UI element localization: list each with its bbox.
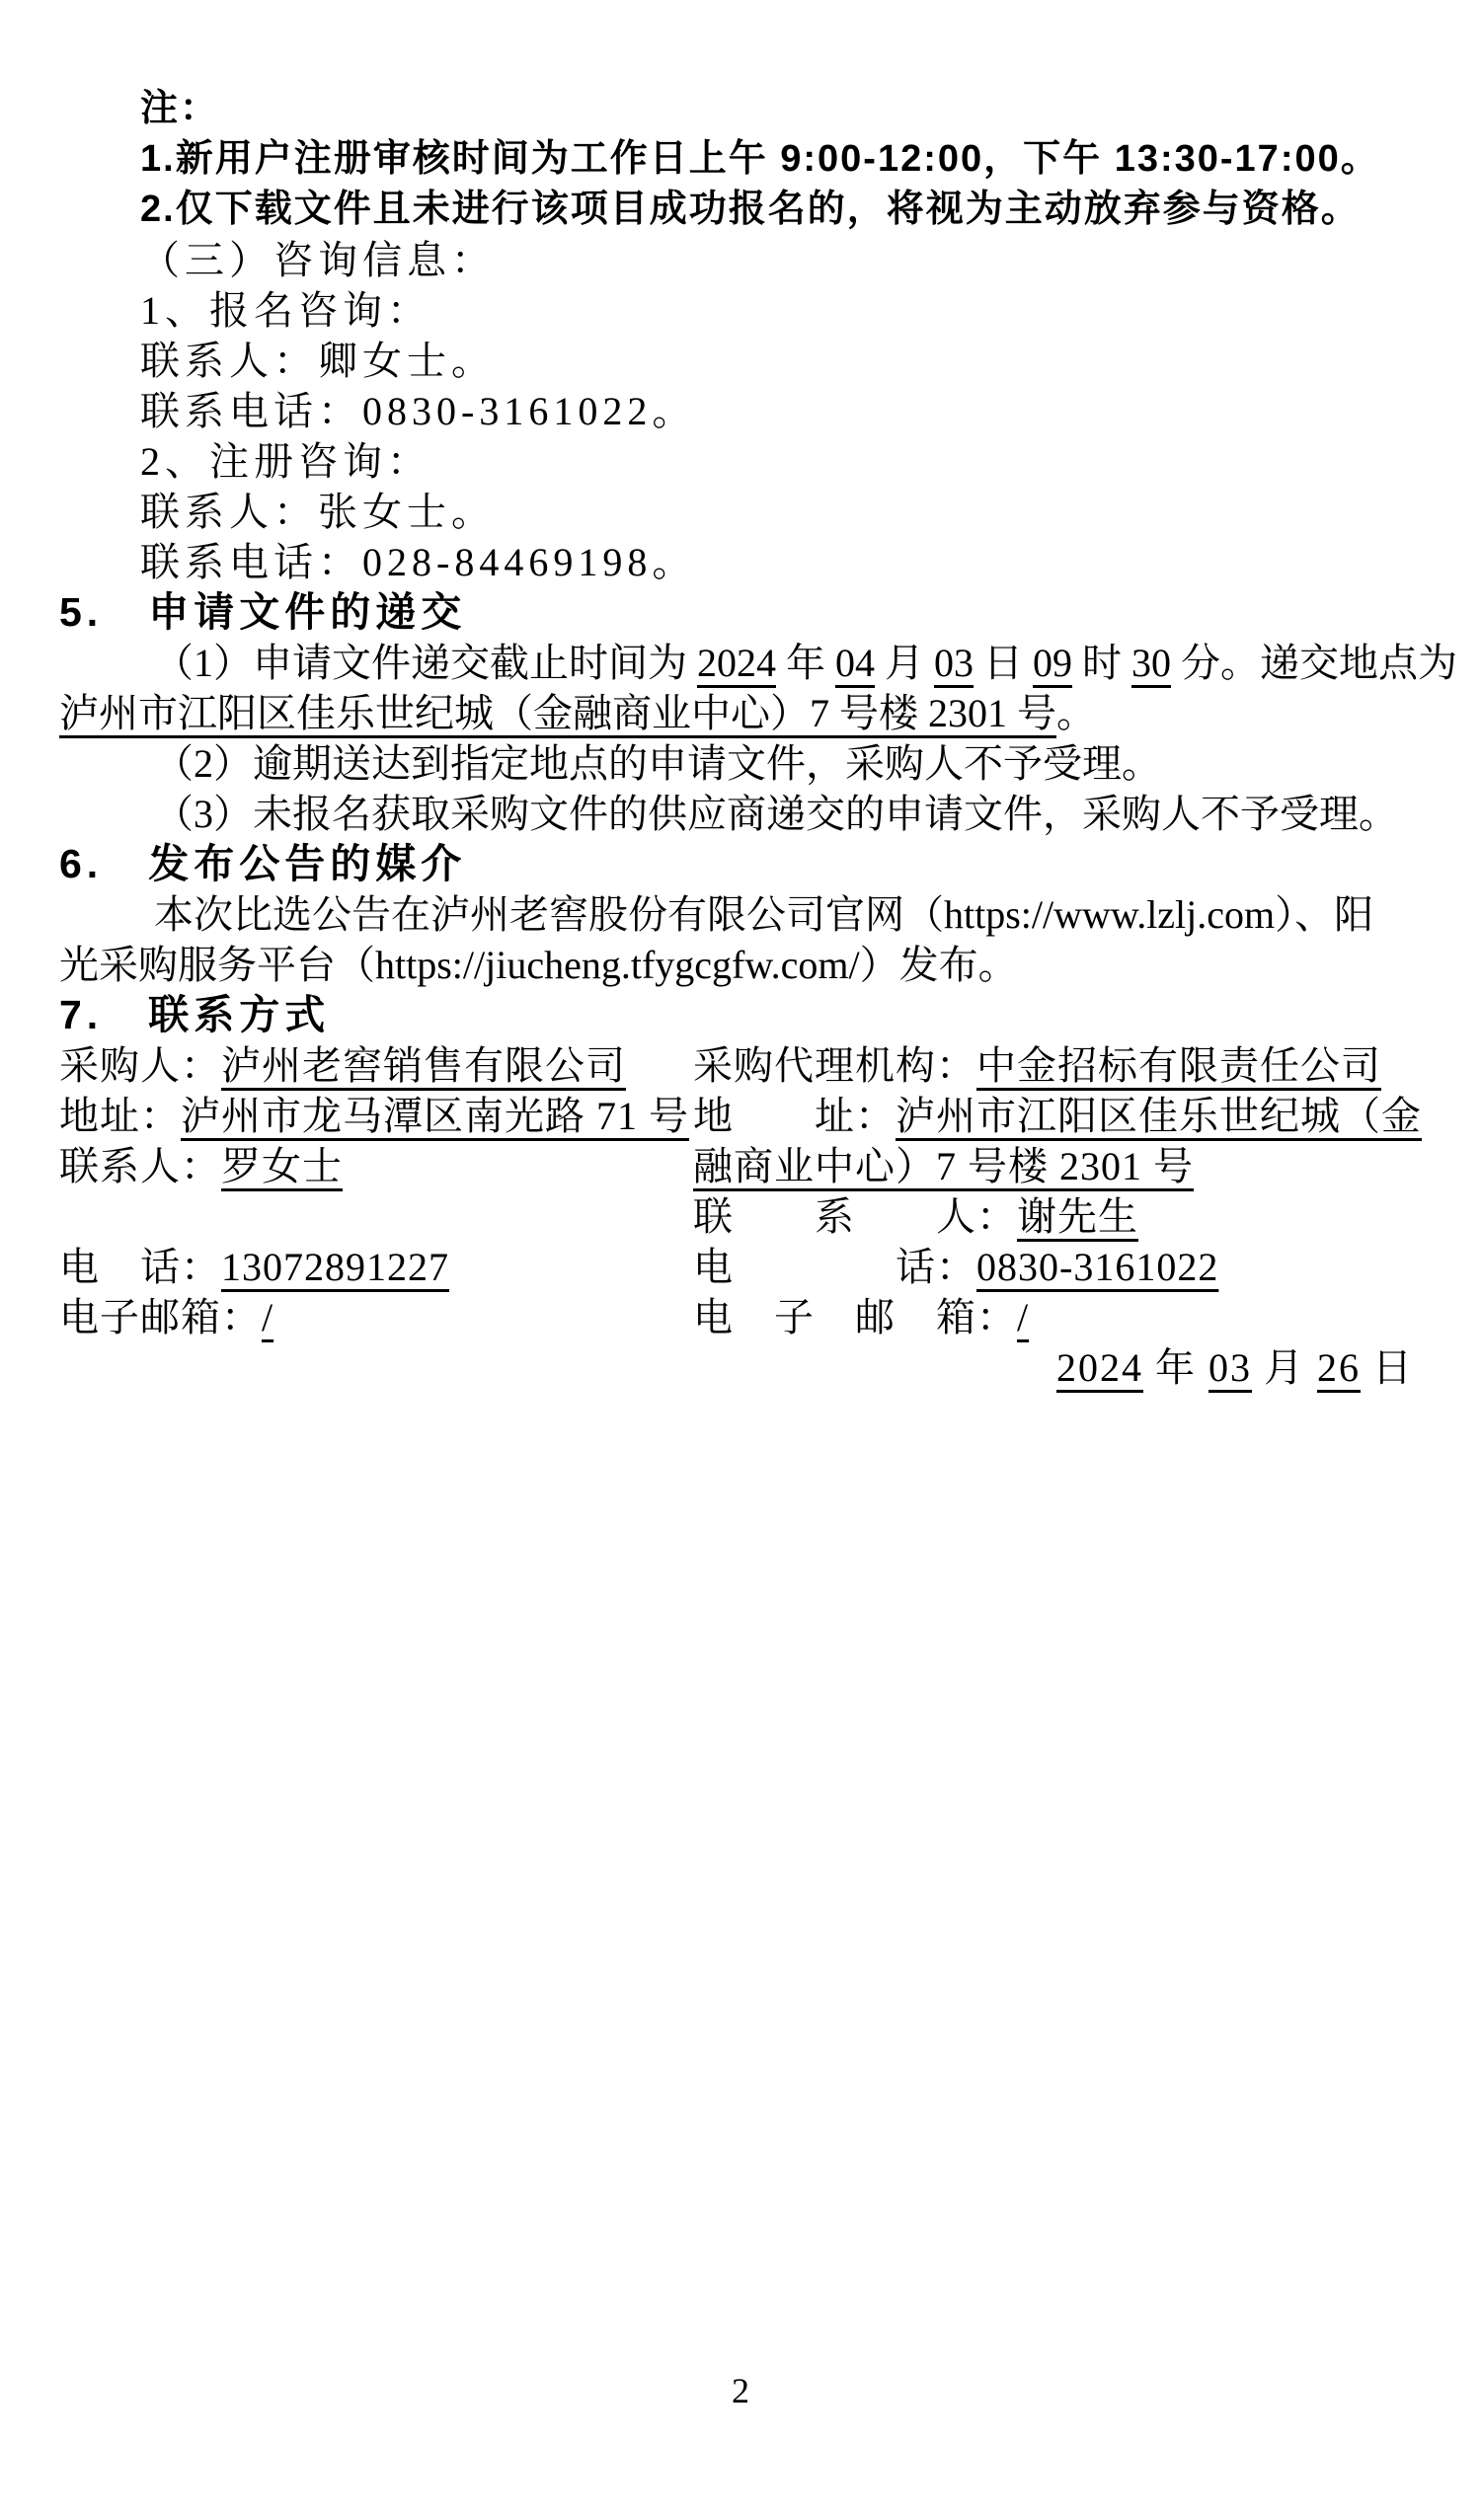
purchaser-row: 地址：泸州市龙马潭区南光路 71 号: [59, 1091, 693, 1141]
consult-line-signup: 1、报名咨询：: [140, 285, 1422, 336]
purchaser-row: 采购人：泸州老窖销售有限公司: [59, 1040, 693, 1091]
section5-para1-line2: 泸州市江阳区佳乐世纪城（金融商业中心）7 号楼 2301 号。: [59, 688, 1422, 738]
consult-phone-1: 联系电话：0830-3161022。: [140, 386, 1422, 436]
underlined-value: 30: [1131, 641, 1171, 685]
agency-row: 采购代理机构：中金招标有限责任公司: [693, 1040, 1422, 1091]
contact-row-label: 电子邮箱：: [59, 1295, 262, 1339]
section5-para1-line1: （1）申请文件递交截止时间为 2024 年 04 月 03 日 09 时 30 …: [59, 638, 1422, 688]
agency-row: 电 子 邮 箱：/: [693, 1292, 1422, 1342]
note-item-2: 2.仅下载文件且未进行该项目成功报名的，将视为主动放弃参与资格。: [140, 185, 1422, 235]
purchaser-row: 电 话：13072891227: [59, 1242, 693, 1292]
agency-row: 电 话：0830-3161022: [693, 1242, 1422, 1292]
section5-para3: （3）未报名获取采购文件的供应商递交的申请文件，采购人不予受理。: [59, 789, 1422, 839]
consult-contact-person-2: 联系人：张女士。: [140, 487, 1422, 537]
document-content: 注： 1.新用户注册审核时间为工作日上午 9:00-12:00，下午 13:30…: [59, 84, 1422, 1393]
underlined-value: 2024: [697, 641, 776, 685]
underlined-value: 2024: [1056, 1345, 1143, 1390]
contact-row-label: 地址：: [59, 1094, 181, 1138]
underlined-value: 03: [1208, 1345, 1252, 1390]
document-page: 注： 1.新用户注册审核时间为工作日上午 9:00-12:00，下午 13:30…: [0, 0, 1481, 2520]
consult-info-heading: （三）咨询信息：: [140, 235, 1422, 285]
contact-row-value: 融商业中心）7 号楼 2301 号: [693, 1144, 1194, 1188]
section6-heading: 6. 发布公告的媒介: [59, 839, 1422, 889]
section6-para-line1: 本次比选公告在泸州老窖股份有限公司官网（https://www.lzlj.com…: [59, 889, 1422, 940]
contact-row-value: /: [1017, 1295, 1029, 1339]
purchaser-row: 电子邮箱：/: [59, 1292, 693, 1342]
date-line: 2024 年 03 月 26 日: [59, 1342, 1422, 1393]
contact-row-label: 采购人：: [59, 1043, 221, 1088]
contact-row-value: 罗女士: [221, 1144, 343, 1188]
text-segment: （1）申请文件递交截止时间为: [154, 641, 697, 685]
agency-row: 地 址：泸州市江阳区佳乐世纪城（金: [693, 1091, 1422, 1141]
contact-row-value: 泸州市龙马潭区南光路 71 号: [181, 1094, 689, 1138]
contact-row-label: 电 话：: [693, 1245, 976, 1289]
contact-row-label: 电 话：: [59, 1245, 221, 1289]
contact-row-value: 泸州老窖销售有限公司: [221, 1043, 626, 1088]
contact-row-label: 地 址：: [693, 1094, 896, 1138]
underlined-value: 03: [934, 641, 974, 685]
text-segment: 分。递交地点为: [1171, 641, 1457, 685]
text-segment: 月: [875, 641, 934, 685]
agency-row: 融商业中心）7 号楼 2301 号: [693, 1141, 1422, 1191]
text-segment: 月: [1252, 1345, 1317, 1390]
contact-row-label: 电 子 邮 箱：: [693, 1295, 1017, 1339]
section5-heading: 5. 申请文件的递交: [59, 587, 1422, 638]
contact-row-label: 采购代理机构：: [693, 1043, 976, 1088]
contact-row-value: 泸州市江阳区佳乐世纪城（金: [896, 1094, 1422, 1138]
text-segment: 日: [1361, 1345, 1414, 1390]
section5-para2: （2）逾期送达到指定地点的申请文件，采购人不予受理。: [59, 738, 1422, 789]
purchaser-row: [59, 1191, 693, 1242]
contact-row-label: 联系人：: [59, 1144, 221, 1188]
contact-row-value: 中金招标有限责任公司: [976, 1043, 1381, 1088]
contact-row-value: 13072891227: [221, 1245, 449, 1289]
consult-contact-person-1: 联系人：卿女士。: [140, 336, 1422, 386]
contact-row-value: /: [262, 1295, 273, 1339]
note-item-1: 1.新用户注册审核时间为工作日上午 9:00-12:00，下午 13:30-17…: [140, 134, 1422, 185]
contact-row-value: 谢先生: [1017, 1194, 1138, 1239]
text-segment: 年: [776, 641, 835, 685]
agency-row: 联 系 人：谢先生: [693, 1191, 1422, 1242]
underlined-value: 26: [1317, 1345, 1361, 1390]
text-segment: 。: [1056, 691, 1096, 735]
section7-heading: 7. 联系方式: [59, 990, 1422, 1040]
purchaser-row: 联系人：罗女士: [59, 1141, 693, 1191]
text-segment: 日: [974, 641, 1033, 685]
agency-column: 采购代理机构：中金招标有限责任公司地 址：泸州市江阳区佳乐世纪城（金融商业中心）…: [693, 1040, 1422, 1342]
consult-phone-2: 联系电话：028-84469198。: [140, 537, 1422, 587]
underlined-value: 04: [835, 641, 875, 685]
contact-table: 采购人：泸州老窖销售有限公司地址：泸州市龙马潭区南光路 71 号联系人：罗女士电…: [59, 1040, 1422, 1342]
contact-row-label: 联 系 人：: [693, 1194, 1017, 1239]
purchaser-column: 采购人：泸州老窖销售有限公司地址：泸州市龙马潭区南光路 71 号联系人：罗女士电…: [59, 1040, 693, 1342]
underlined-value: 泸州市江阳区佳乐世纪城（金融商业中心）7 号楼 2301 号: [59, 691, 1056, 735]
underlined-value: 09: [1033, 641, 1072, 685]
notes-title: 注：: [140, 84, 1422, 134]
text-segment: 时: [1072, 641, 1131, 685]
text-segment: 年: [1143, 1345, 1208, 1390]
page-number: 2: [0, 2371, 1481, 2410]
consult-line-register: 2、注册咨询：: [140, 436, 1422, 487]
contact-row-value: 0830-3161022: [976, 1245, 1218, 1289]
section6-para-line2: 光采购服务平台（https://jiucheng.tfygcgfw.com/）发…: [59, 940, 1422, 990]
